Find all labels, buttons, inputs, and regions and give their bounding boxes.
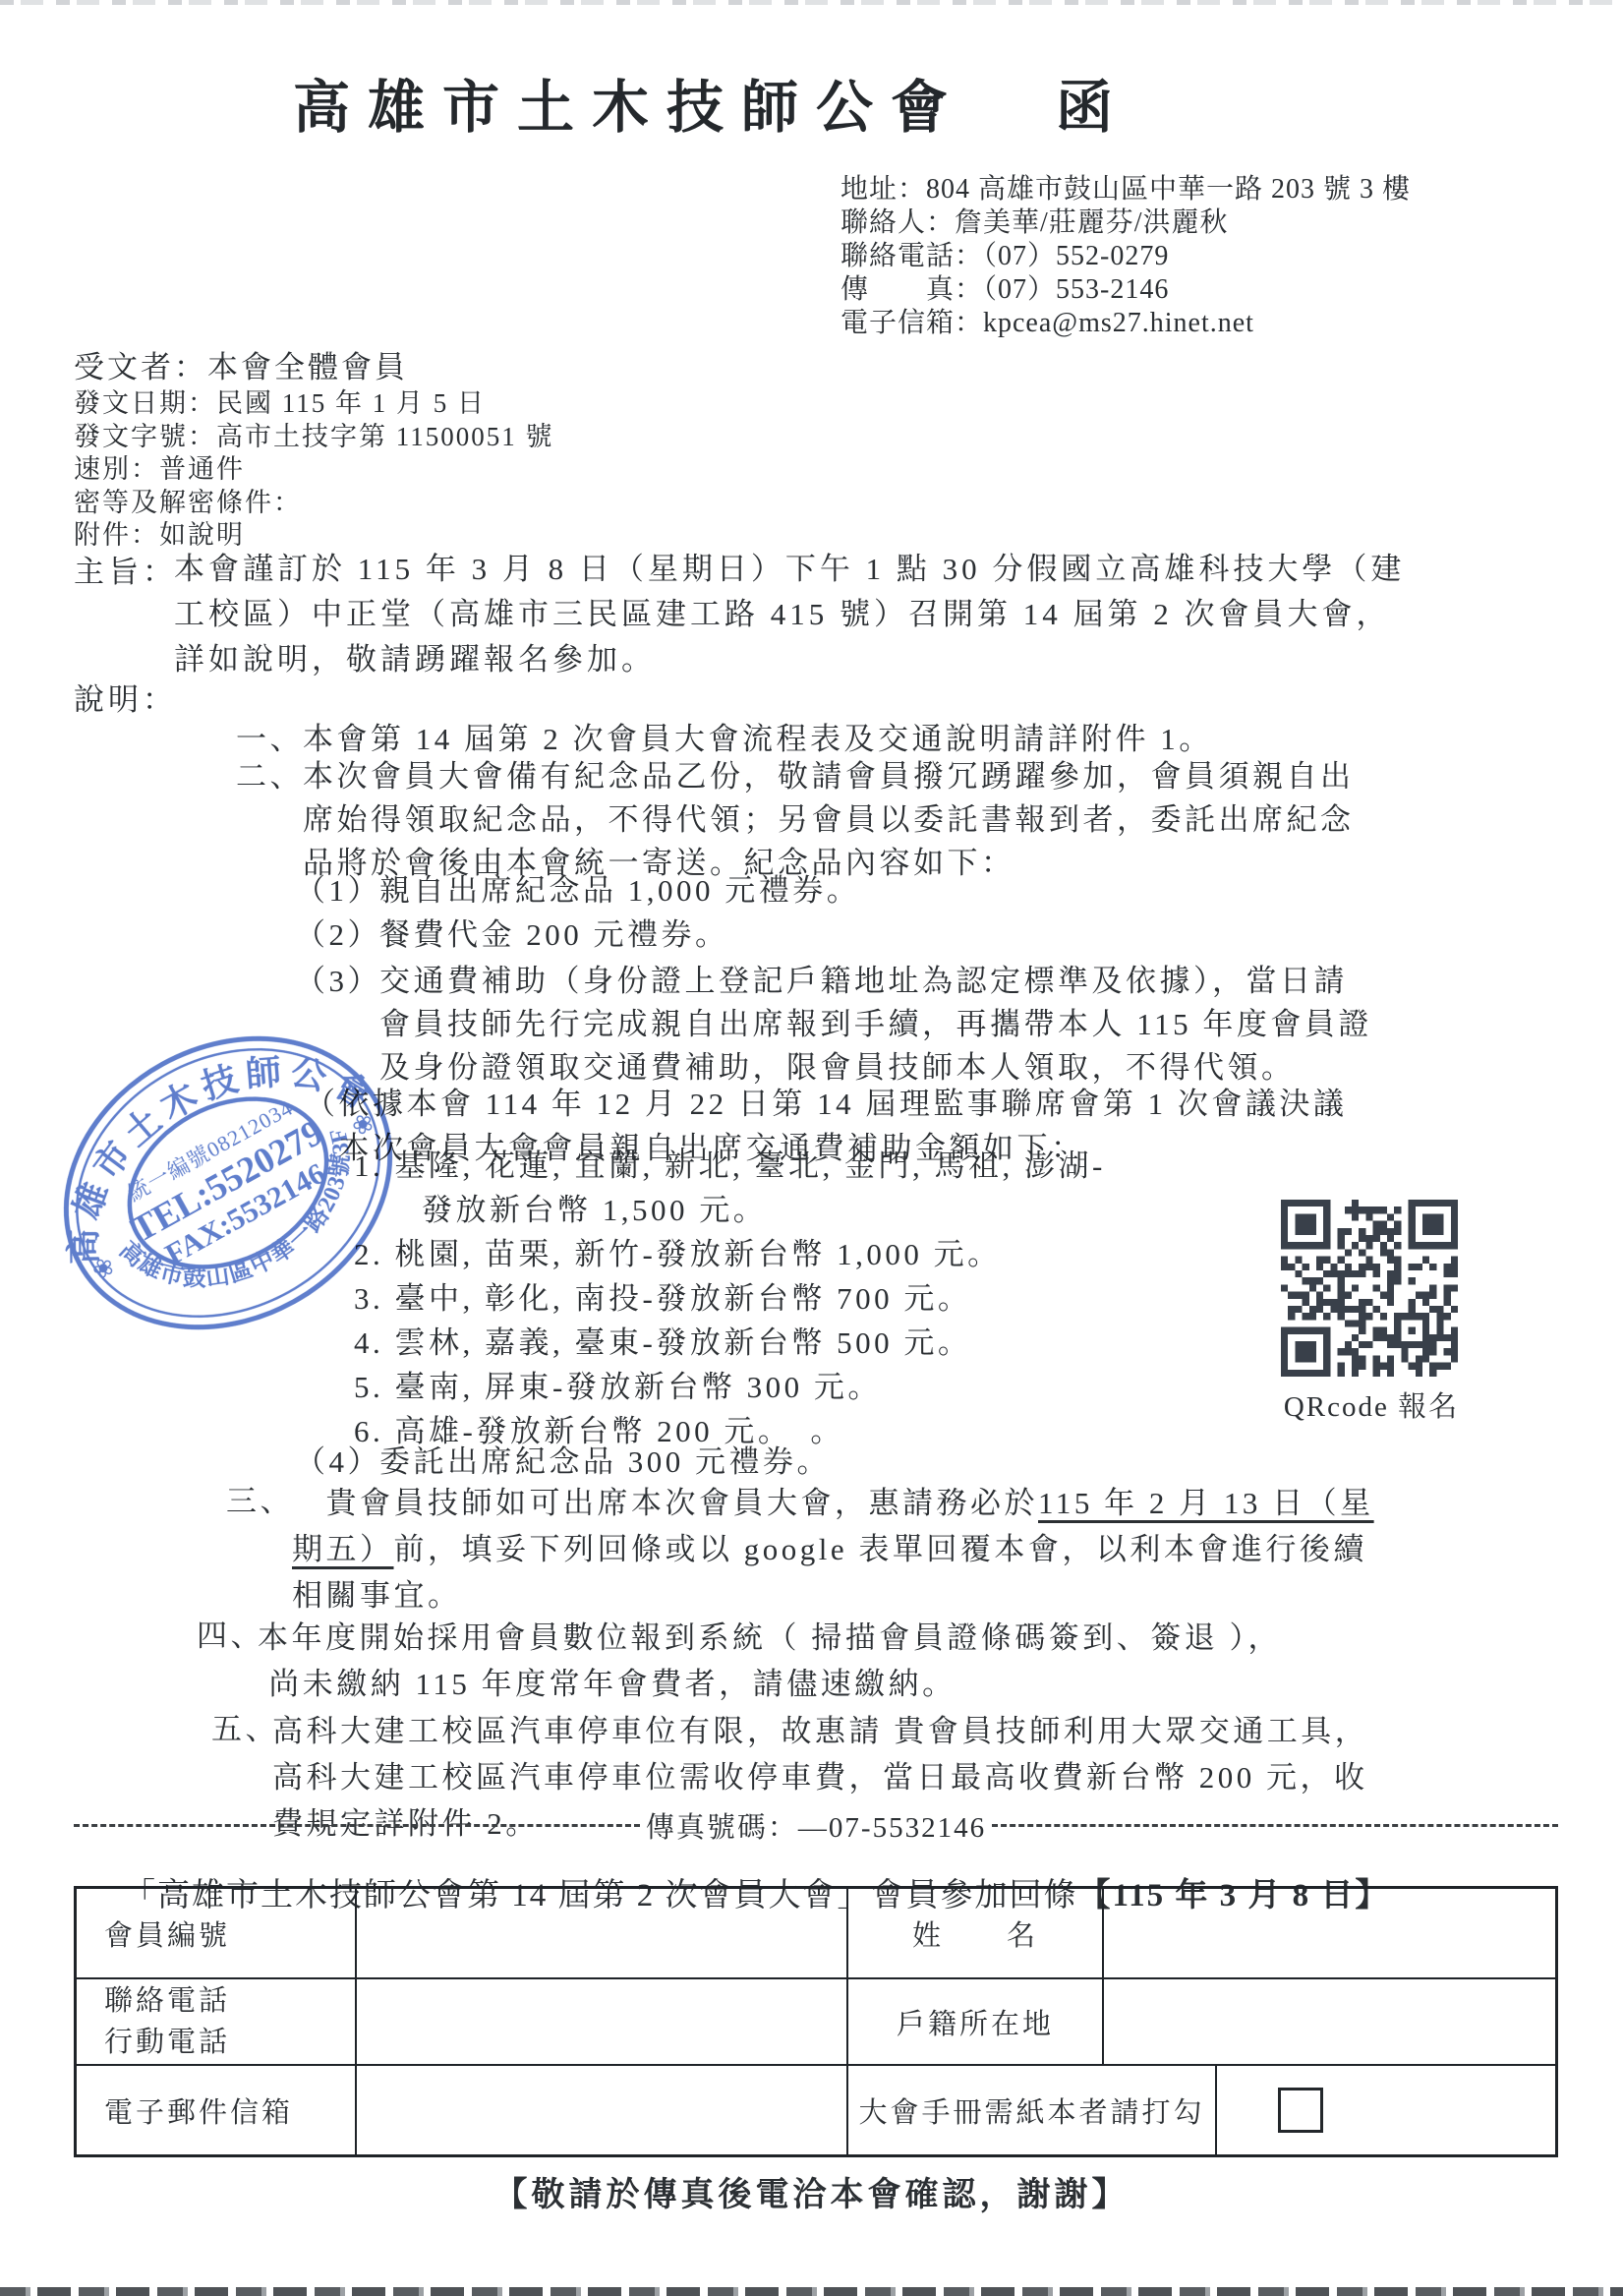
item-3-text: 貴會員技師如可出席本次會員大會，惠請務必於 <box>292 1486 1038 1520</box>
recipient-line: 受文者：本會全體會員 <box>74 342 408 386</box>
item-3-deadline-underlined: 115 年 2 月 13 日（星 <box>1038 1486 1374 1520</box>
item-4-number: 四、 <box>197 1615 264 1658</box>
table-label-registered-address: 戶籍所在地 <box>848 1979 1104 2066</box>
text-line: 席始得領取紀念品，不得代領；另會員以委託書報到者，委託出席紀念 <box>303 798 1355 842</box>
item-3-deadline-underlined-2: 期五） <box>292 1532 394 1566</box>
gift-1-lines: 親自出席紀念品 1,000 元禮券。 <box>379 869 860 913</box>
email-blank-cell <box>357 2066 848 2154</box>
security-line: 密等及解密條件： <box>74 487 554 520</box>
contact-email: 電子信箱：kpcea@ms27.hinet.net <box>840 307 1411 340</box>
gift-3-lines: 交通費補助（身份證上登記戶籍地址為認定標準及依據），當日請會員技師先行完成親自出… <box>379 960 1372 1089</box>
letter-type-label: 函 <box>1056 61 1113 144</box>
text-line: 詳如說明，敬請踴躍報名參加。 <box>174 637 1405 682</box>
reply-table: 會員編號 姓 名 聯絡電話 行動電話 戶籍所在地 電子郵件信箱 大會手冊需紙本者… <box>74 1886 1558 2157</box>
text-line: 本次會員大會備有紀念品乙份，敬請會員撥冗踴躍參加，會員須親自出 <box>303 755 1355 798</box>
subsidy-list: 1. 基隆, 花蓮, 宜蘭, 新北, 臺北, 金門, 馬祖, 澎湖- 發放新台幣… <box>354 1144 1106 1453</box>
text-line: 本會謹訂於 115 年 3 月 8 日（星期日）下午 1 點 30 分假國立高雄… <box>174 547 1405 592</box>
table-row-2: 聯絡電話 行動電話 戶籍所在地 <box>77 1979 1555 2066</box>
table-label-name: 姓 名 <box>848 1889 1104 1979</box>
text-line: 3. 臺中, 彰化, 南投-發放新台幣 700 元。 <box>354 1276 1106 1321</box>
gift-item-1: （1） 親自出席紀念品 1,000 元禮券。 <box>295 869 860 913</box>
qr-caption: QRcode 報名 <box>1273 1384 1470 1425</box>
text-line: 尚未繳納 115 年度常年會費者，請儘速繳納。 <box>258 1661 1282 1707</box>
table-label-member-id: 會員編號 <box>77 1889 357 1979</box>
text-line: 5. 臺南, 屏東-發放新台幣 300 元。 <box>354 1365 1106 1409</box>
text-line: 4. 雲林, 嘉義, 臺東-發放新台幣 500 元。 <box>354 1321 1106 1365</box>
subject-lines: 本會謹訂於 115 年 3 月 8 日（星期日）下午 1 點 30 分假國立高雄… <box>174 547 1405 682</box>
text-line: （依據本會 114 年 12 月 22 日第 14 屆理監事聯席會第 1 次會議… <box>305 1082 1347 1126</box>
item-3-text-2: 前，填妥下列回條或以 google 表單回覆本會，以利本會進行後續 <box>394 1532 1367 1566</box>
contact-fax: 傳 真：（07）553-2146 <box>840 273 1411 307</box>
item-4-lines: 本年度開始採用會員數位報到系統（ 掃描會員證條碼簽到、簽退 ）， 尚未繳納 11… <box>258 1615 1282 1707</box>
explanation-item-4: 四、 本年度開始採用會員數位報到系統（ 掃描會員證條碼簽到、簽退 ）， 尚未繳納… <box>197 1615 1282 1707</box>
phone-blank-cell <box>357 1979 848 2066</box>
subsidy-list-lines: 1. 基隆, 花蓮, 宜蘭, 新北, 臺北, 金門, 馬祖, 澎湖- 發放新台幣… <box>354 1144 1106 1453</box>
item-3-line-2: 期五）前，填妥下列回條或以 google 表單回覆本會，以利本會進行後續 <box>292 1526 1374 1572</box>
text-line: 高科大建工校區汽車停車位有限，故惠請 貴會員技師利用大眾交通工具， <box>272 1708 1368 1754</box>
text-line: 高科大建工校區汽車停車位需收停車費，當日最高收費新台幣 200 元，收 <box>272 1754 1368 1800</box>
gift-item-3: （3） 交通費補助（身份證上登記戶籍地址為認定標準及依據），當日請會員技師先行完… <box>295 960 1372 1089</box>
contact-block: 地址：804 高雄市鼓山區中華一路 203 號 3 樓 聯絡人：詹美華/莊麗芬/… <box>840 173 1411 340</box>
name-blank-cell <box>1104 1889 1555 1979</box>
explanation-item-3: 三、 貴會員技師如可出席本次會員大會，惠請務必於115 年 2 月 13 日（星… <box>226 1480 1374 1619</box>
qr-code-image <box>1281 1200 1458 1377</box>
table-label-mobile: 行動電話 <box>104 2022 230 2063</box>
association-title: 高雄市土木技師公會 <box>293 61 965 144</box>
text-line: 工校區）中正堂（高雄市三民區建工路 415 號）召開第 14 屆第 2 次會員大… <box>174 592 1405 637</box>
issue-date-line: 發文日期：民國 115 年 1 月 5 日 <box>74 387 554 421</box>
doc-number-line: 發文字號：高市土技字第 11500051 號 <box>74 421 554 454</box>
footer-confirmation-note: 【敬請於傳真後電洽本會確認，謝謝】 <box>0 2167 1623 2215</box>
speed-line: 速別：普通件 <box>74 453 554 487</box>
scan-noise-top <box>0 0 1623 5</box>
gift-2-number: （2） <box>295 913 381 957</box>
item-3-number: 三、 <box>226 1480 294 1523</box>
scan-noise-bottom <box>0 2287 1623 2296</box>
member-id-blank-cell <box>357 1889 848 1979</box>
table-label-phones: 聯絡電話 行動電話 <box>77 1979 357 2066</box>
text-line: 交通費補助（身份證上登記戶籍地址為認定標準及依據），當日請 <box>379 960 1372 1003</box>
scanned-letter-page: 高雄市土木技師公會 函 地址：804 高雄市鼓山區中華一路 203 號 3 樓 … <box>0 0 1623 2296</box>
gift-1-number: （1） <box>295 869 381 913</box>
contact-address: 地址：804 高雄市鼓山區中華一路 203 號 3 樓 <box>840 173 1411 206</box>
table-row-3: 電子郵件信箱 大會手冊需紙本者請打勾 <box>77 2066 1555 2154</box>
item-3-line-1: 貴會員技師如可出席本次會員大會，惠請務必於115 年 2 月 13 日（星 <box>292 1480 1374 1526</box>
table-label-email: 電子郵件信箱 <box>77 2066 357 2154</box>
contact-person: 聯絡人：詹美華/莊麗芬/洪麗秋 <box>840 206 1411 240</box>
subject-label: 主旨： <box>74 547 177 591</box>
contact-phone: 聯絡電話：（07）552-0279 <box>840 240 1411 273</box>
registered-address-blank-cell <box>1104 1979 1555 2066</box>
subject-section: 主旨： 本會謹訂於 115 年 3 月 8 日（星期日）下午 1 點 30 分假… <box>74 547 1405 682</box>
explanation-label: 說明： <box>74 675 177 719</box>
meta-block: 發文日期：民國 115 年 1 月 5 日 發文字號：高市土技字第 115000… <box>74 387 554 553</box>
item-2-lines: 本次會員大會備有紀念品乙份，敬請會員撥冗踴躍參加，會員須親自出席始得領取紀念品，… <box>303 755 1355 885</box>
item-5-number: 五、 <box>211 1708 279 1751</box>
text-line: 發放新台幣 1,500 元。 <box>354 1188 1106 1232</box>
item-3-lines: 貴會員技師如可出席本次會員大會，惠請務必於115 年 2 月 13 日（星 期五… <box>292 1480 1374 1619</box>
handbook-checkbox <box>1278 2088 1323 2133</box>
text-line: 本年度開始採用會員數位報到系統（ 掃描會員證條碼簽到、簽退 ）， <box>258 1615 1282 1661</box>
text-line: 會員技師先行完成親自出席報到手續，再攜帶本人 115 年度會員證 <box>379 1003 1372 1046</box>
table-label-handbook: 大會手冊需紙本者請打勾 <box>848 2066 1217 2154</box>
fax-dash-left <box>74 1824 640 1827</box>
fax-dash-right <box>992 1824 1558 1827</box>
gift-4-lines: 委託出席紀念品 300 元禮券。 <box>379 1441 831 1484</box>
gift-item-4: （4） 委託出席紀念品 300 元禮券。 <box>295 1441 831 1484</box>
item-3-line-3: 相關事宜。 <box>292 1572 1374 1619</box>
text-line: 1. 基隆, 花蓮, 宜蘭, 新北, 臺北, 金門, 馬祖, 澎湖- <box>354 1144 1106 1188</box>
gift-4-number: （4） <box>295 1441 381 1484</box>
item-2-number: 二、 <box>236 755 304 798</box>
table-label-phone: 聯絡電話 <box>104 1980 230 2022</box>
text-line: 餐費代金 200 元禮券。 <box>379 913 729 957</box>
text-line: 委託出席紀念品 300 元禮券。 <box>379 1441 831 1484</box>
handbook-checkbox-cell <box>1217 2066 1555 2154</box>
text-line: 親自出席紀念品 1,000 元禮券。 <box>379 869 860 913</box>
table-row-1: 會員編號 姓 名 <box>77 1889 1555 1979</box>
text-line: 2. 桃園, 苗栗, 新竹-發放新台幣 1,000 元。 <box>354 1232 1106 1276</box>
letter-header: 高雄市土木技師公會 函 <box>293 61 1113 144</box>
explanation-item-2: 二、 本次會員大會備有紀念品乙份，敬請會員撥冗踴躍參加，會員須親自出席始得領取紀… <box>236 755 1355 885</box>
gift-2-lines: 餐費代金 200 元禮券。 <box>379 913 729 957</box>
gift-item-2: （2） 餐費代金 200 元禮券。 <box>295 913 729 957</box>
